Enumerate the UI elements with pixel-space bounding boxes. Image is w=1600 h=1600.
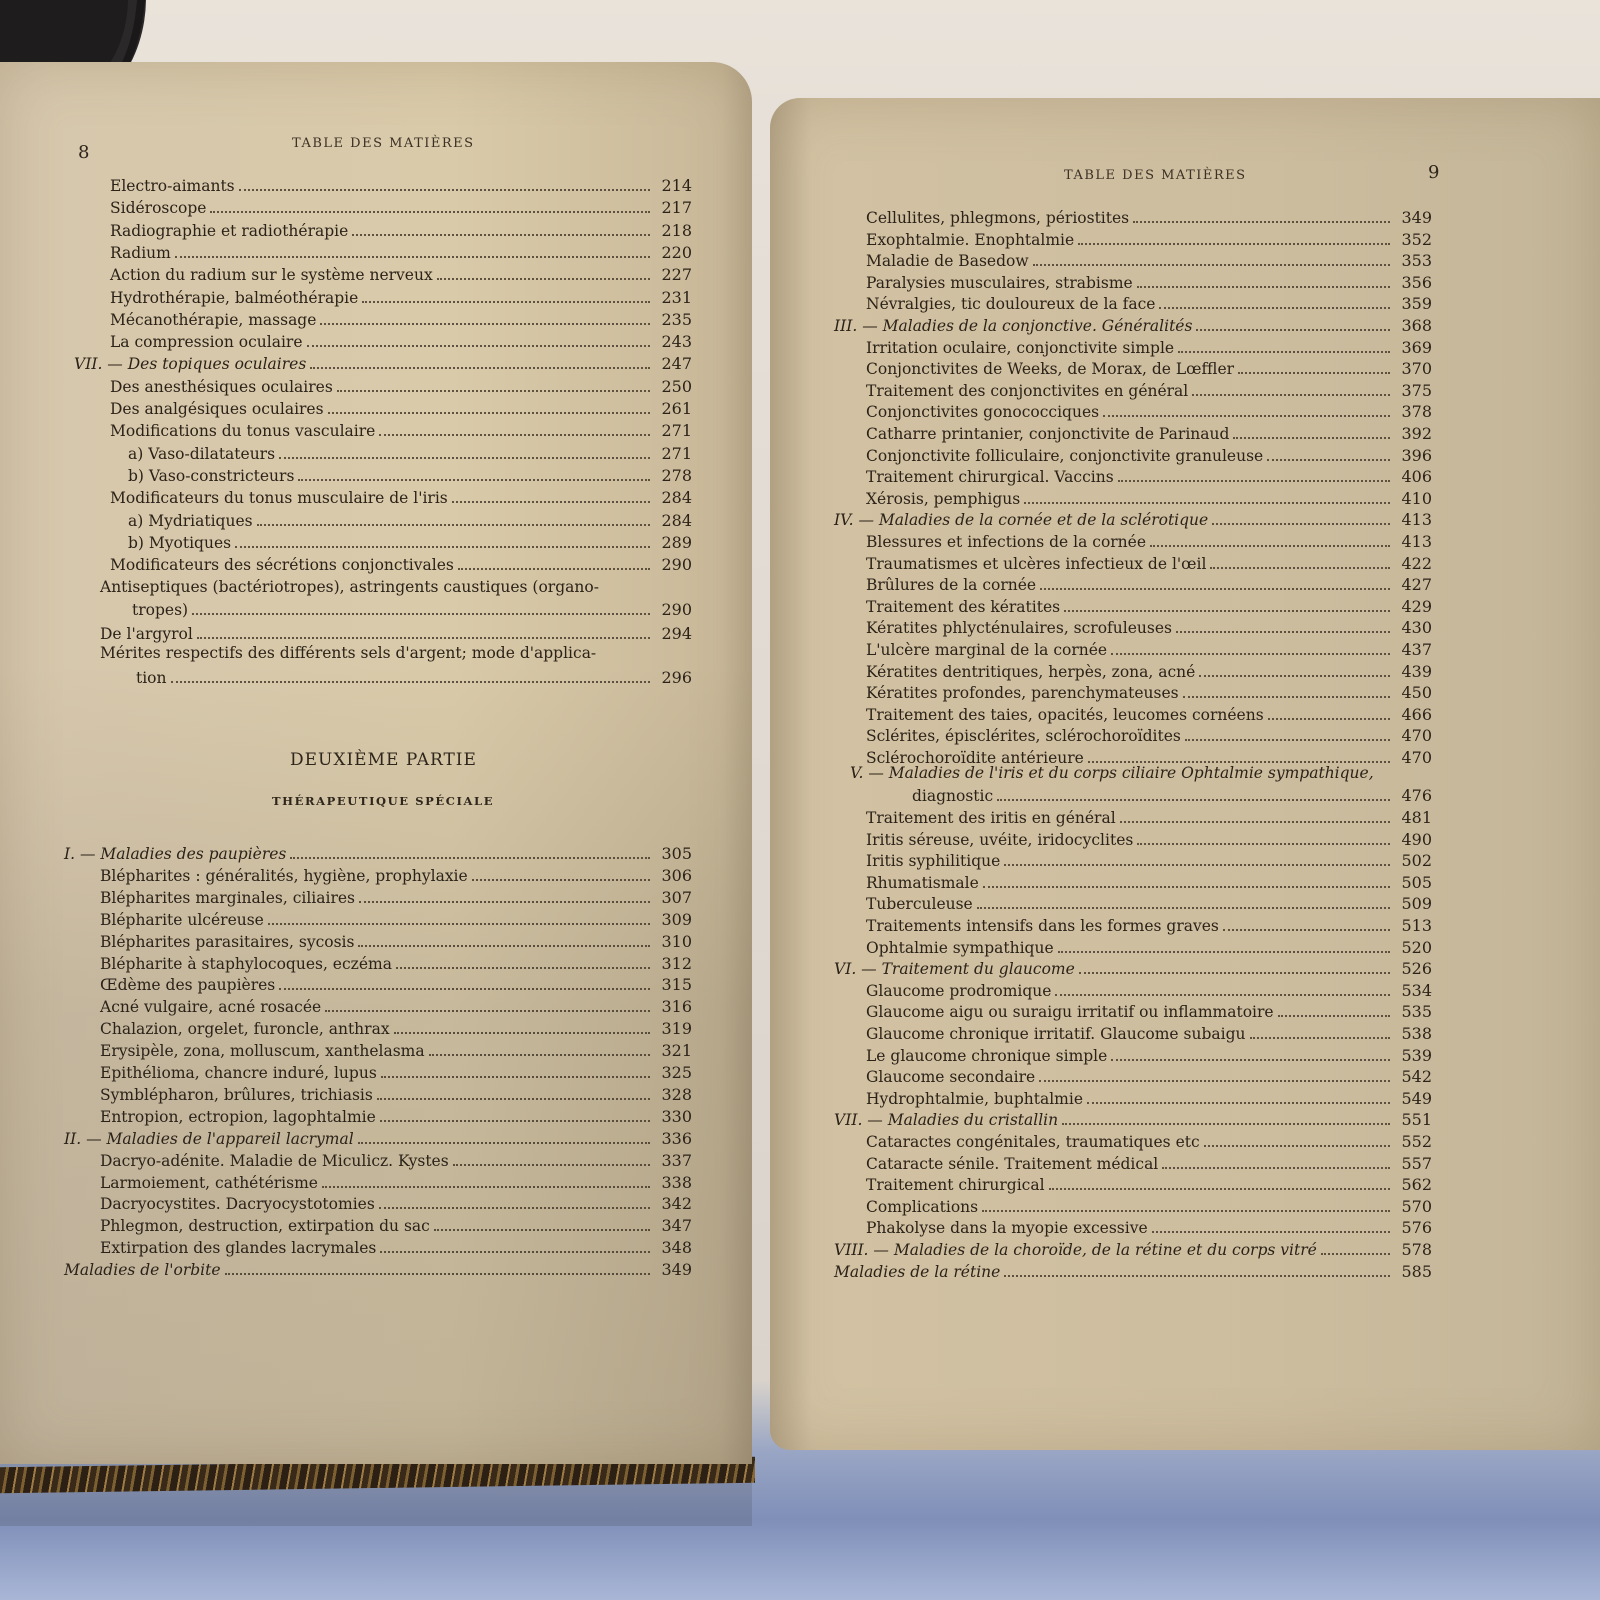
toc-entry[interactable]: Brûlures de la cornée427 [866, 575, 1432, 594]
leader-dots [458, 559, 650, 570]
toc-page: 250 [654, 377, 692, 396]
toc-page: 290 [654, 555, 692, 574]
leader-dots [279, 979, 650, 990]
toc-entry[interactable]: Traitement des conjonctivites en général… [866, 381, 1432, 400]
toc-entry[interactable]: Extirpation des glandes lacrymales348 [100, 1238, 692, 1257]
toc-label: Traitements intensifs dans les formes gr… [866, 917, 1219, 935]
toc-entry[interactable]: Blépharites : généralités, hygiène, prop… [100, 866, 692, 885]
leader-dots [1150, 536, 1390, 547]
toc-entry[interactable]: Irritation oculaire, conjonctivite simpl… [866, 338, 1432, 357]
toc-page: 370 [1394, 359, 1432, 378]
toc-entry[interactable]: Modifications du tonus vasculaire271 [110, 421, 692, 440]
toc-page: 305 [654, 844, 692, 863]
leader-dots [362, 291, 650, 302]
toc-page: 220 [654, 243, 692, 262]
toc-label: De l'argyrol [100, 625, 193, 643]
toc-page: 413 [1394, 510, 1432, 529]
toc-label: Catharre printanier, conjonctivite de Pa… [866, 425, 1229, 443]
toc-page: 505 [1394, 873, 1432, 892]
toc-entry[interactable]: Traitement des kératites429 [866, 597, 1432, 616]
toc-page: 439 [1394, 662, 1432, 681]
toc-entry[interactable]: a) Mydriatiques284 [128, 511, 692, 530]
toc-page: 539 [1394, 1046, 1432, 1065]
toc-page: 349 [654, 1260, 692, 1279]
leader-dots [1004, 1265, 1390, 1276]
toc-entry[interactable]: b) Vaso-constricteurs278 [128, 466, 692, 485]
leader-dots [997, 790, 1390, 801]
toc-section-entry[interactable]: I. — Maladies des paupières305 [64, 844, 692, 863]
leader-dots [358, 935, 650, 946]
toc-entry[interactable]: Iritis syphilitique502 [866, 851, 1432, 870]
toc-label: Cataracte sénile. Traitement médical [866, 1155, 1158, 1173]
toc-entry[interactable]: Sidéroscope217 [110, 198, 692, 217]
leader-dots [1103, 406, 1390, 417]
toc-label: Modifications du tonus vasculaire [110, 422, 375, 440]
toc-entry[interactable]: Traitement chirurgical. Vaccins406 [866, 467, 1432, 486]
toc-entry[interactable]: Hydrothérapie, balméothérapie231 [110, 288, 692, 307]
toc-page: 538 [1394, 1024, 1432, 1043]
toc-label: Paralysies musculaires, strabisme [866, 274, 1133, 292]
toc-page: 470 [1394, 748, 1432, 767]
toc-page: 534 [1394, 981, 1432, 1000]
leader-dots [1055, 985, 1390, 996]
toc-entry[interactable]: Kératites phlycténulaires, scrofuleuses4… [866, 618, 1432, 637]
toc-label: VIII. — Maladies de la choroïde, de la r… [834, 1241, 1317, 1259]
toc-label: Cataractes congénitales, traumatiques et… [866, 1133, 1200, 1151]
leader-dots [1196, 320, 1390, 331]
toc-label: diagnostic [912, 787, 993, 805]
leader-dots [268, 913, 650, 924]
toc-entry[interactable]: Des anesthésiques oculaires250 [110, 377, 692, 396]
toc-entry[interactable]: Le glaucome chronique simple539 [866, 1046, 1432, 1065]
toc-page: 359 [1394, 294, 1432, 313]
toc-entry[interactable]: Blépharites parasitaires, sycosis310 [100, 932, 692, 951]
toc-page: 217 [654, 198, 692, 217]
leader-dots [977, 898, 1390, 909]
toc-label: Traitement des taies, opacités, leucomes… [866, 706, 1264, 724]
toc-label: Traitement des iritis en général [866, 809, 1116, 827]
leader-dots [310, 358, 650, 369]
leader-dots [192, 604, 650, 615]
toc-page: 466 [1394, 705, 1432, 724]
toc-page: 549 [1394, 1089, 1432, 1108]
toc-entry[interactable]: Dacryo-adénite. Maladie de Miculicz. Kys… [100, 1151, 692, 1170]
toc-entry-merites-line1: Mérites respectifs des différents sels d… [100, 644, 596, 662]
toc-page: 309 [654, 910, 692, 929]
toc-entry[interactable]: Mécanothérapie, massage235 [110, 310, 692, 329]
toc-label: Radiographie et radiothérapie [110, 222, 348, 240]
toc-label: tion [136, 669, 167, 687]
toc-label: Sclérites, épisclérites, sclérochoroïdit… [866, 727, 1181, 745]
leader-dots [396, 957, 650, 968]
toc-entry[interactable]: Traitement des taies, opacités, leucomes… [866, 705, 1432, 724]
leader-dots [279, 447, 650, 458]
toc-label: Névralgies, tic douloureux de la face [866, 295, 1155, 313]
toc-page: 375 [1394, 381, 1432, 400]
toc-page: 321 [654, 1041, 692, 1060]
toc-label: VII. — Maladies du cristallin [834, 1111, 1058, 1129]
toc-entry[interactable]: Hydrophtalmie, buphtalmie549 [866, 1089, 1432, 1108]
leader-dots [1040, 579, 1390, 590]
toc-entry[interactable]: Des analgésiques oculaires261 [110, 399, 692, 418]
leader-dots [1137, 277, 1390, 288]
toc-entry[interactable]: Complications570 [866, 1197, 1432, 1216]
toc-page: 353 [1394, 251, 1432, 270]
toc-entry[interactable]: Symblépharon, brûlures, trichiasis328 [100, 1085, 692, 1104]
toc-entry[interactable]: Conjonctivite folliculaire, conjonctivit… [866, 446, 1432, 465]
leader-dots [379, 425, 650, 436]
leader-dots [290, 848, 650, 859]
part-title: DEUXIÈME PARTIE [290, 750, 477, 770]
toc-entry[interactable]: Kératites dentritiques, herpès, zona, ac… [866, 662, 1432, 681]
leader-dots [1238, 363, 1390, 374]
toc-page: 352 [1394, 230, 1432, 249]
leader-dots [1199, 665, 1390, 676]
toc-label: Glaucome aigu ou suraigu irritatif ou in… [866, 1003, 1274, 1021]
leader-dots [1159, 298, 1390, 309]
toc-entry[interactable]: Ophtalmie sympathique520 [866, 938, 1432, 957]
leader-dots [352, 224, 650, 235]
toc-label: Blépharites marginales, ciliaires [100, 889, 355, 907]
toc-label: Glaucome secondaire [866, 1068, 1035, 1086]
toc-label: Modificateurs du tonus musculaire de l'i… [110, 489, 448, 507]
leader-dots [1321, 1244, 1390, 1255]
leader-dots [1152, 1222, 1390, 1233]
toc-entry[interactable]: Modificateurs du tonus musculaire de l'i… [110, 488, 692, 507]
toc-page: 513 [1394, 916, 1432, 935]
leader-dots [328, 403, 650, 414]
toc-entry[interactable]: Cataracte sénile. Traitement médical557 [866, 1154, 1432, 1173]
leader-dots [453, 1154, 650, 1165]
toc-entry-antiseptiques[interactable]: tropes) 290 [132, 600, 692, 619]
toc-entry[interactable]: Glaucome aigu ou suraigu irritatif ou in… [866, 1002, 1432, 1021]
toc-label: a) Vaso-dilatateurs [128, 445, 275, 463]
toc-page: 450 [1394, 683, 1432, 702]
toc-label: Electro-aimants [110, 177, 235, 195]
toc-entry[interactable]: Conjonctivites de Weeks, de Morax, de Lœ… [866, 359, 1432, 378]
toc-label: Traumatismes et ulcères infectieux de l'… [866, 555, 1206, 573]
toc-page: 307 [654, 888, 692, 907]
page-number: 9 [1428, 162, 1439, 183]
toc-page: 430 [1394, 618, 1432, 637]
toc-page: 227 [654, 265, 692, 284]
leader-dots [380, 1242, 650, 1253]
toc-label: Hydrophtalmie, buphtalmie [866, 1090, 1083, 1108]
toc-label: Des anesthésiques oculaires [110, 378, 333, 396]
toc-entry[interactable]: Traitement chirurgical562 [866, 1175, 1432, 1194]
toc-entry[interactable]: Action du radium sur le système nerveux2… [110, 265, 692, 284]
toc-label: Conjonctivites de Weeks, de Morax, de Lœ… [866, 360, 1234, 378]
toc-label: Traitement chirurgical [866, 1176, 1045, 1194]
toc-entry[interactable]: Acné vulgaire, acné rosacée316 [100, 997, 692, 1016]
toc-entry[interactable]: Radiographie et radiothérapie218 [110, 221, 692, 240]
leader-dots [171, 672, 650, 683]
leader-dots [235, 537, 650, 548]
toc-page: 316 [654, 997, 692, 1016]
toc-label: Iritis séreuse, uvéite, iridocyclites [866, 831, 1133, 849]
toc-entry[interactable]: Phlegmon, destruction, extirpation du sa… [100, 1216, 692, 1235]
toc-entry[interactable]: Glaucome prodromique534 [866, 981, 1432, 1000]
toc-page: 578 [1394, 1240, 1432, 1259]
leader-dots [1233, 428, 1390, 439]
toc-page: 247 [654, 354, 692, 373]
leader-dots [1183, 687, 1390, 698]
toc-entry[interactable]: Kératites profondes, parenchymateuses450 [866, 683, 1432, 702]
toc-entry[interactable]: Xérosis, pemphigus410 [866, 489, 1432, 508]
toc-page: 470 [1394, 726, 1432, 745]
toc-entry[interactable]: Glaucome secondaire542 [866, 1067, 1432, 1086]
toc-entry[interactable]: Conjonctivites gonococciques378 [866, 402, 1432, 421]
toc-label: Xérosis, pemphigus [866, 490, 1020, 508]
toc-page: 290 [654, 600, 692, 619]
leader-dots [1004, 855, 1390, 866]
toc-page: 342 [654, 1194, 692, 1213]
toc-label: Tuberculeuse [866, 895, 973, 913]
toc-label: Action du radium sur le système nerveux [110, 266, 433, 284]
running-head: TABLE DES MATIÈRES [292, 136, 475, 151]
toc-label: Kératites dentritiques, herpès, zona, ac… [866, 663, 1195, 681]
toc-page: 328 [654, 1085, 692, 1104]
leader-dots [1087, 1093, 1390, 1104]
toc-entry[interactable]: Phakolyse dans la myopie excessive576 [866, 1218, 1432, 1237]
toc-label: Conjonctivites gonococciques [866, 403, 1099, 421]
toc-entry[interactable]: Traitement des iritis en général481 [866, 808, 1432, 827]
toc-page: 406 [1394, 467, 1432, 486]
toc-section-entry[interactable]: III. — Maladies de la conjonctive. Génér… [834, 316, 1432, 335]
leader-dots [1267, 449, 1390, 460]
leader-dots [982, 1201, 1390, 1212]
toc-page: 490 [1394, 830, 1432, 849]
toc-page: 392 [1394, 424, 1432, 443]
toc-section-entry[interactable]: Maladies de la rétine585 [834, 1262, 1432, 1281]
toc-label: I. — Maladies des paupières [64, 845, 286, 863]
toc-entry[interactable]: Œdème des paupières315 [100, 975, 692, 994]
toc-page: 336 [654, 1129, 692, 1148]
toc-entry[interactable]: Radium220 [110, 243, 692, 262]
leader-dots [381, 1067, 650, 1078]
toc-label: L'ulcère marginal de la cornée [866, 641, 1107, 659]
toc-label: Œdème des paupières [100, 976, 275, 994]
toc-section-entry[interactable]: VI. — Traitement du glaucome526 [834, 959, 1432, 978]
toc-page: 296 [654, 668, 692, 687]
toc-page: 214 [654, 176, 692, 195]
toc-entry[interactable]: Exophtalmie. Enophtalmie352 [866, 230, 1432, 249]
toc-page: 284 [654, 488, 692, 507]
toc-label: Rhumatismale [866, 874, 979, 892]
toc-page: 306 [654, 866, 692, 885]
toc-entry[interactable]: Névralgies, tic douloureux de la face359 [866, 294, 1432, 313]
toc-label: tropes) [132, 601, 188, 619]
toc-page: 243 [654, 332, 692, 351]
toc-page: 552 [1394, 1132, 1432, 1151]
toc-label: Exophtalmie. Enophtalmie [866, 231, 1074, 249]
toc-page: 330 [654, 1107, 692, 1126]
toc-label: Maladie de Basedow [866, 252, 1029, 270]
toc-entry-argyrol[interactable]: De l'argyrol 294 [100, 624, 692, 643]
toc-page: 585 [1394, 1262, 1432, 1281]
toc-page: 526 [1394, 959, 1432, 978]
toc-entry[interactable]: Traumatismes et ulcères infectieux de l'… [866, 554, 1432, 573]
toc-label: Erysipèle, zona, molluscum, xanthelasma [100, 1042, 425, 1060]
leader-dots [1079, 963, 1390, 974]
leader-dots [1111, 644, 1390, 655]
toc-page: 310 [654, 932, 692, 951]
toc-page: 429 [1394, 597, 1432, 616]
toc-entry[interactable]: Rhumatismale505 [866, 873, 1432, 892]
toc-entry-merites[interactable]: tion 296 [136, 668, 692, 687]
leader-dots [1088, 752, 1390, 763]
leader-dots [983, 877, 1390, 888]
toc-entry[interactable]: Blépharite à staphylocoques, eczéma312 [100, 954, 692, 973]
toc-page: 284 [654, 511, 692, 530]
leader-dots [434, 1220, 650, 1231]
leader-dots [1178, 341, 1390, 352]
toc-page: 481 [1394, 808, 1432, 827]
toc-entry-antiseptiques-line1: Antiseptiques (bactériotropes), astringe… [100, 578, 599, 596]
toc-entry[interactable]: b) Myotiques289 [128, 533, 692, 552]
toc-label: Dacryocystites. Dacryocystotomies [100, 1195, 375, 1213]
toc-page: 271 [654, 421, 692, 440]
left-page: 8 TABLE DES MATIÈRES Electro-aimants214S… [0, 62, 752, 1464]
toc-label: Complications [866, 1198, 978, 1216]
toc-entry[interactable]: Catharre printanier, conjonctivite de Pa… [866, 424, 1432, 443]
toc-entry[interactable]: Cataractes congénitales, traumatiques et… [866, 1132, 1432, 1151]
toc-section-entry[interactable]: IV. — Maladies de la cornée et de la scl… [834, 510, 1432, 529]
toc-label: II. — Maladies de l'appareil lacrymal [64, 1130, 354, 1148]
toc-label: Des analgésiques oculaires [110, 400, 324, 418]
toc-entry[interactable]: Paralysies musculaires, strabisme356 [866, 273, 1432, 292]
toc-section-entry[interactable]: II. — Maladies de l'appareil lacrymal336 [64, 1129, 692, 1148]
leader-dots [1137, 833, 1390, 844]
toc-label: Blépharites parasitaires, sycosis [100, 933, 354, 951]
toc-entry[interactable]: Blépharite ulcéreuse309 [100, 910, 692, 929]
leader-dots [1133, 212, 1390, 223]
toc-label: Symblépharon, brûlures, trichiasis [100, 1086, 373, 1104]
toc-page: 570 [1394, 1197, 1432, 1216]
toc-label: Maladies de la rétine [834, 1263, 1000, 1281]
toc-page: 520 [1394, 938, 1432, 957]
toc-label: Blépharite ulcéreuse [100, 911, 264, 929]
leader-dots [1120, 812, 1390, 823]
toc-label: Kératites profondes, parenchymateuses [866, 684, 1179, 702]
toc-entry[interactable]: Tuberculeuse509 [866, 894, 1432, 913]
leader-dots [1062, 1114, 1390, 1125]
toc-entry[interactable]: Epithélioma, chancre induré, lupus325 [100, 1063, 692, 1082]
leader-dots [380, 1111, 650, 1122]
toc-label: Phlegmon, destruction, extirpation du sa… [100, 1217, 430, 1235]
toc-page: 231 [654, 288, 692, 307]
leader-dots [1210, 557, 1390, 568]
leader-dots [1204, 1136, 1390, 1147]
toc-label: VI. — Traitement du glaucome [834, 960, 1075, 978]
toc-section-entry[interactable]: VII. — Maladies du cristallin551 [834, 1110, 1432, 1129]
toc-label: Acné vulgaire, acné rosacée [100, 998, 321, 1016]
toc-page: 348 [654, 1238, 692, 1257]
toc-label: IV. — Maladies de la cornée et de la scl… [834, 511, 1208, 529]
leader-dots [257, 514, 650, 525]
toc-label: Traitement chirurgical. Vaccins [866, 468, 1114, 486]
leader-dots [1049, 1179, 1390, 1190]
page-number: 8 [78, 142, 89, 163]
toc-entry[interactable]: Sclérites, épisclérites, sclérochoroïdit… [866, 726, 1432, 745]
leader-dots [472, 870, 650, 881]
toc-entry[interactable]: Entropion, ectropion, lagophtalmie330 [100, 1107, 692, 1126]
leader-dots [337, 380, 650, 391]
toc-entry[interactable]: Electro-aimants214 [110, 176, 692, 195]
leader-dots [1039, 1071, 1390, 1082]
toc-entry[interactable]: Blessures et infections de la cornée413 [866, 532, 1432, 551]
toc-page: 413 [1394, 532, 1432, 551]
toc-section-entry[interactable]: Maladies de l'orbite349 [64, 1260, 692, 1279]
toc-page: 312 [654, 954, 692, 973]
toc-entry[interactable]: L'ulcère marginal de la cornée437 [866, 640, 1432, 659]
toc-entry[interactable]: Glaucome chronique irritatif. Glaucome s… [866, 1024, 1432, 1043]
toc-label: Dacryo-adénite. Maladie de Miculicz. Kys… [100, 1152, 449, 1170]
toc-entry[interactable]: La compression oculaire243 [110, 332, 692, 351]
toc-label: Hydrothérapie, balméothérapie [110, 289, 358, 307]
toc-page: 294 [654, 624, 692, 643]
toc-entry[interactable]: a) Vaso-dilatateurs271 [128, 444, 692, 463]
toc-entry[interactable]: Cellulites, phlegmons, périostites349 [866, 208, 1432, 227]
toc-page: 502 [1394, 851, 1432, 870]
leader-dots [322, 1176, 650, 1187]
toc-entry[interactable]: Maladie de Basedow353 [866, 251, 1432, 270]
toc-page: 356 [1394, 273, 1432, 292]
toc-page: 337 [654, 1151, 692, 1170]
toc-entry[interactable]: Chalazion, orgelet, furoncle, anthrax319 [100, 1019, 692, 1038]
toc-entry-section-v[interactable]: diagnostic 476 [912, 786, 1432, 805]
leader-dots [429, 1045, 650, 1056]
toc-page: 542 [1394, 1067, 1432, 1086]
toc-label: La compression oculaire [110, 333, 303, 351]
toc-label: III. — Maladies de la conjonctive. Génér… [834, 317, 1192, 335]
leader-dots [1118, 471, 1390, 482]
leader-dots [197, 628, 650, 639]
toc-page: 368 [1394, 316, 1432, 335]
leader-dots [1111, 1049, 1390, 1060]
leader-dots [239, 180, 650, 191]
toc-label: Entropion, ectropion, lagophtalmie [100, 1108, 376, 1126]
toc-entry[interactable]: Dacryocystites. Dacryocystotomies342 [100, 1194, 692, 1213]
toc-label: a) Mydriatiques [128, 512, 253, 530]
leader-dots [225, 1264, 650, 1275]
leader-dots [1024, 493, 1390, 504]
toc-label: Blépharite à staphylocoques, eczéma [100, 955, 392, 973]
toc-page: 319 [654, 1019, 692, 1038]
toc-page: 261 [654, 399, 692, 418]
toc-page: 410 [1394, 489, 1432, 508]
toc-entry[interactable]: Iritis séreuse, uvéite, iridocyclites490 [866, 830, 1432, 849]
toc-entry[interactable]: Larmoiement, cathétérisme338 [100, 1173, 692, 1192]
toc-page: 271 [654, 444, 692, 463]
toc-page: 476 [1394, 786, 1432, 805]
leader-dots [1064, 601, 1390, 612]
toc-label: Epithélioma, chancre induré, lupus [100, 1064, 377, 1082]
leader-dots [175, 247, 650, 258]
toc-entry[interactable]: Erysipèle, zona, molluscum, xanthelasma3… [100, 1041, 692, 1060]
leader-dots [210, 202, 650, 213]
toc-entry[interactable]: Blépharites marginales, ciliaires307 [100, 888, 692, 907]
toc-label: Glaucome prodromique [866, 982, 1051, 1000]
toc-label: Ophtalmie sympathique [866, 939, 1054, 957]
toc-label: Irritation oculaire, conjonctivite simpl… [866, 339, 1174, 357]
toc-entry[interactable]: Modificateurs des sécrétions conjonctiva… [110, 555, 692, 574]
toc-section-entry[interactable]: VII. — Des topiques oculaires247 [74, 354, 692, 373]
leader-dots [1223, 920, 1390, 931]
toc-section-entry[interactable]: VIII. — Maladies de la choroïde, de la r… [834, 1240, 1432, 1259]
toc-entry[interactable]: Traitements intensifs dans les formes gr… [866, 916, 1432, 935]
leader-dots [1192, 385, 1390, 396]
